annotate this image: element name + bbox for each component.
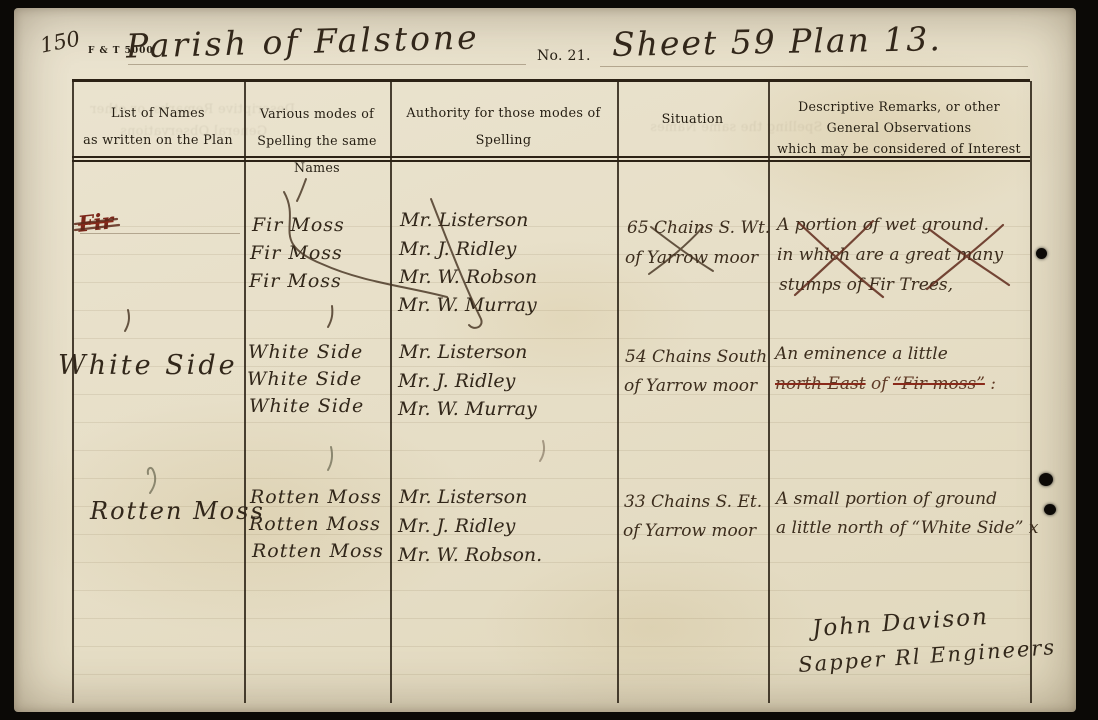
situation-entry: of Yarrow moor — [625, 248, 758, 268]
spelling-entry: Rotten Moss — [252, 540, 384, 562]
column-divider-4 — [768, 81, 770, 703]
entry-name: Rotten Moss — [90, 497, 265, 525]
remarks-entry: A portion of wet ground. — [777, 215, 989, 235]
spelling-entry: Fir Moss — [252, 214, 345, 236]
situation-entry: 54 Chains South — [625, 347, 767, 367]
column-header-line: Authority for those modes of — [390, 100, 617, 127]
column-header-situation: Situation — [617, 112, 768, 127]
table-border-right — [1030, 81, 1032, 703]
table-border-top — [72, 79, 1030, 82]
authority-entry: Mr. J. Ridley — [399, 238, 516, 260]
scanned-document-page: 150 F & T 5000 Parish of Falstone No. 21… — [0, 0, 1098, 720]
header-rule-2 — [72, 160, 1030, 162]
authority-entry: Mr. Listerson — [399, 486, 527, 508]
table-border-left — [72, 81, 74, 703]
column-header-line: Spelling — [390, 127, 617, 154]
spelling-entry: Fir Moss — [250, 242, 343, 264]
plain-text: of — [866, 374, 893, 394]
remarks-entry: stumps of Fir Trees, — [779, 275, 953, 295]
plain-text: : — [985, 374, 996, 394]
column-header-line: General Observations — [768, 117, 1030, 138]
column-header-authority: Authority for those modes of Spelling — [390, 100, 617, 154]
remarks-entry-struck: north East of “Fir moss” : — [775, 374, 996, 394]
column-divider-2 — [390, 81, 392, 703]
column-header-spelling: Various modes of Spelling the same Names — [244, 100, 390, 181]
remarks-entry: in which are a great many — [777, 245, 1003, 265]
column-header-line: Spelling the same Names — [244, 127, 390, 181]
column-header-remarks: Descriptive Remarks, or other General Ob… — [768, 96, 1030, 159]
punch-hole — [1036, 248, 1047, 259]
authority-entry: Mr. W. Murray — [398, 398, 537, 420]
situation-entry: of Yarrow moor — [624, 376, 757, 396]
sheet-underline — [600, 66, 1028, 67]
entry-name: White Side — [58, 350, 238, 381]
remarks-entry: a little north of “White Side” x — [776, 518, 1038, 538]
punch-hole — [1039, 473, 1053, 486]
punch-hole — [1044, 504, 1056, 515]
authority-entry: Mr. Listerson — [399, 341, 527, 363]
remarks-entry: A small portion of ground — [776, 489, 997, 509]
column-header-line: Situation — [617, 112, 768, 127]
column-header-line: as written on the Plan — [72, 127, 244, 154]
authority-entry: Mr. J. Ridley — [398, 370, 515, 392]
spelling-entry: Rotten Moss — [249, 513, 381, 535]
column-header-line: Various modes of — [244, 100, 390, 127]
struck-text: “Fir moss” — [893, 374, 985, 394]
authority-entry: Mr. W. Robson. — [398, 544, 542, 566]
column-header-names: List of Names as written on the Plan — [72, 100, 244, 154]
authority-entry: Mr. W. Robson — [399, 266, 537, 288]
column-divider-3 — [617, 81, 619, 703]
spelling-entry: Rotten Moss — [250, 486, 382, 508]
spelling-entry: Fir Moss — [249, 270, 342, 292]
situation-entry: of Yarrow moor — [623, 521, 756, 541]
authority-entry: Mr. J. Ridley — [398, 515, 515, 537]
spelling-entry: White Side — [247, 368, 362, 390]
struck-text: north East — [775, 374, 866, 394]
column-header-line: List of Names — [72, 100, 244, 127]
book-number-label: No. 21. — [537, 48, 591, 64]
sheet-plan-title: Sheet 59 Plan 13. — [612, 19, 942, 64]
remarks-entry: An eminence a little — [775, 344, 948, 364]
spelling-entry: White Side — [248, 341, 363, 363]
authority-entry: Mr. Listerson — [400, 209, 528, 231]
column-header-line: Descriptive Remarks, or other — [768, 96, 1030, 117]
authority-entry: Mr. W. Murray — [398, 294, 537, 316]
name-baseline — [80, 233, 240, 234]
situation-entry: 65 Chains S. Wt. — [627, 218, 770, 238]
column-header-line: which may be considered of Interest — [768, 138, 1030, 159]
spelling-entry: White Side — [249, 395, 364, 417]
situation-entry: 33 Chains S. Et. — [624, 492, 762, 512]
parish-underline — [128, 64, 526, 65]
